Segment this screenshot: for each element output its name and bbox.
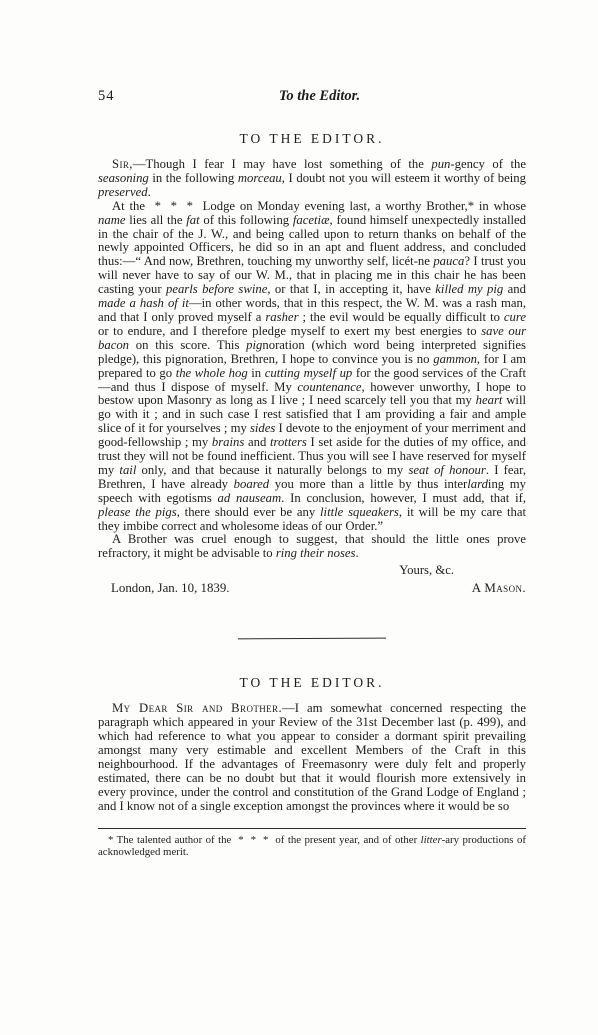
letter1-heading: TO THE EDITOR. — [98, 131, 526, 147]
letter1-valediction: Yours, &c. — [98, 563, 526, 578]
letter1-paragraph-2: At the * * * Lodge on Monday evening las… — [98, 200, 526, 534]
text-block: 54 To the Editor. TO THE EDITOR. Sir,—Th… — [98, 88, 526, 858]
scanned-document-page: 54 To the Editor. TO THE EDITOR. Sir,—Th… — [0, 0, 598, 1035]
letter1-paragraph-3: A Brother was cruel enough to suggest, t… — [98, 533, 526, 561]
footnote-text: * The talented author of the * * * of th… — [98, 834, 526, 858]
letter2-heading: TO THE EDITOR. — [98, 675, 526, 691]
letter2-body: My Dear Sir and Brother.—I am somewhat c… — [98, 702, 526, 813]
footnote-block: * The talented author of the * * * of th… — [98, 828, 526, 858]
section-divider-rule — [238, 638, 386, 640]
letter1-signature-row: London, Jan. 10, 1839. A Mason. — [98, 581, 526, 596]
page-number: 54 — [98, 88, 168, 105]
letter2-paragraph-1: My Dear Sir and Brother.—I am somewhat c… — [98, 702, 526, 813]
letter1-body: Sir,—Though I fear I may have lost somet… — [98, 158, 526, 561]
letter1-paragraph-1: Sir,—Though I fear I may have lost somet… — [98, 158, 526, 200]
letter1-signature: A Mason. — [472, 581, 526, 596]
running-header: To the Editor. — [168, 88, 526, 105]
page-header: 54 To the Editor. — [98, 88, 526, 105]
letter1-dateline: London, Jan. 10, 1839. — [111, 581, 230, 596]
